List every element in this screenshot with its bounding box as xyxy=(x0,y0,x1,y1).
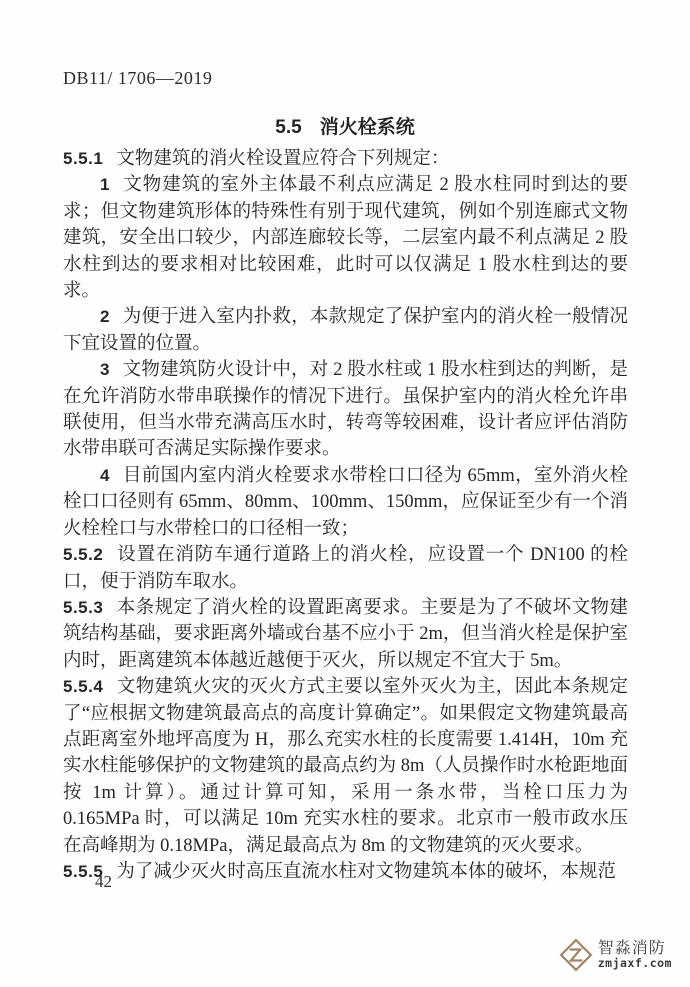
page-number: 42 xyxy=(95,872,112,892)
list-item-paragraph: 1文物建筑的室外主体最不利点应满足 2 股水柱同时到达的要求；但文物建筑形体的特… xyxy=(63,172,628,304)
list-item-paragraph: 2为便于进入室内扑救，本款规定了保护室内的消火栓一般情况下宜设置的位置。 xyxy=(63,304,628,357)
section-title-number: 5.5 xyxy=(275,117,301,138)
clause-text: 文物建筑火灾的灭火方式主要以室外灭火为主，因此本条规定了“应根据文物建筑最高点的… xyxy=(63,677,628,855)
clause-paragraph: 5.5.3本条规定了消火栓的设置距离要求。主要是为了不破坏文物建筑结构基础，要求… xyxy=(63,595,628,674)
clause-number: 5.5.1 xyxy=(63,149,103,168)
clause-number: 5.5.2 xyxy=(63,545,103,564)
watermark-brand-name: 智淼消防 xyxy=(598,941,672,958)
clause-text: 为了减少灭火时高压直流水柱对文物建筑本体的破坏，本规范 xyxy=(116,862,616,882)
item-number: 3 xyxy=(100,360,109,379)
clause-number: 5.5.3 xyxy=(63,598,103,617)
item-number: 4 xyxy=(100,466,109,485)
list-item-paragraph: 4目前国内室内消火栓要求水带栓口口径为 65mm，室外消火栓栓口口径则有 65m… xyxy=(63,463,628,542)
clause-text: 本条规定了消火栓的设置距离要求。主要是为了不破坏文物建筑结构基础，要求距离外墙或… xyxy=(63,598,628,671)
document-page: DB11/ 1706—2019 5.5消火栓系统 5.5.1文物建筑的消火栓设置… xyxy=(0,0,690,987)
item-text: 文物建筑的室外主体最不利点应满足 2 股水柱同时到达的要求；但文物建筑形体的特殊… xyxy=(63,175,628,301)
clause-text: 设置在消防车通行道路上的消火栓，应设置一个 DN100 的栓口，便于消防车取水。 xyxy=(63,545,628,591)
clause-text: 文物建筑的消火栓设置应符合下列规定： xyxy=(116,149,449,169)
body-text: 5.5.1文物建筑的消火栓设置应符合下列规定： 1文物建筑的室外主体最不利点应满… xyxy=(63,146,628,885)
watermark-text-block: 智淼消防 zmjaxf.com xyxy=(598,941,672,970)
clause-paragraph: 5.5.2设置在消防车通行道路上的消火栓，应设置一个 DN100 的栓口，便于消… xyxy=(63,542,628,595)
list-item-paragraph: 3文物建筑防火设计中，对 2 股水柱或 1 股水柱到达的判断，是在允许消防水带串… xyxy=(63,357,628,463)
section-title-text: 消火栓系统 xyxy=(320,117,415,138)
clause-paragraph: 5.5.5为了减少灭火时高压直流水柱对文物建筑本体的破坏，本规范 xyxy=(63,859,628,885)
clause-paragraph: 5.5.4文物建筑火灾的灭火方式主要以室外灭火为主，因此本条规定了“应根据文物建… xyxy=(63,674,628,859)
standard-number-header: DB11/ 1706—2019 xyxy=(63,68,212,89)
diamond-z-logo-icon xyxy=(559,938,593,972)
item-number: 1 xyxy=(100,175,109,194)
clause-paragraph: 5.5.1文物建筑的消火栓设置应符合下列规定： xyxy=(63,146,628,172)
clause-number: 5.5.4 xyxy=(63,677,103,696)
item-text: 为便于进入室内扑救，本款规定了保护室内的消火栓一般情况下宜设置的位置。 xyxy=(63,307,628,353)
item-text: 文物建筑防火设计中，对 2 股水柱或 1 股水柱到达的判断，是在允许消防水带串联… xyxy=(63,360,628,459)
item-text: 目前国内室内消火栓要求水带栓口口径为 65mm，室外消火栓栓口口径则有 65mm… xyxy=(63,466,628,539)
watermark-website: zmjaxf.com xyxy=(598,957,672,969)
publisher-watermark: 智淼消防 zmjaxf.com xyxy=(559,938,672,972)
section-title: 5.5消火栓系统 xyxy=(0,112,690,139)
item-number: 2 xyxy=(100,307,109,326)
